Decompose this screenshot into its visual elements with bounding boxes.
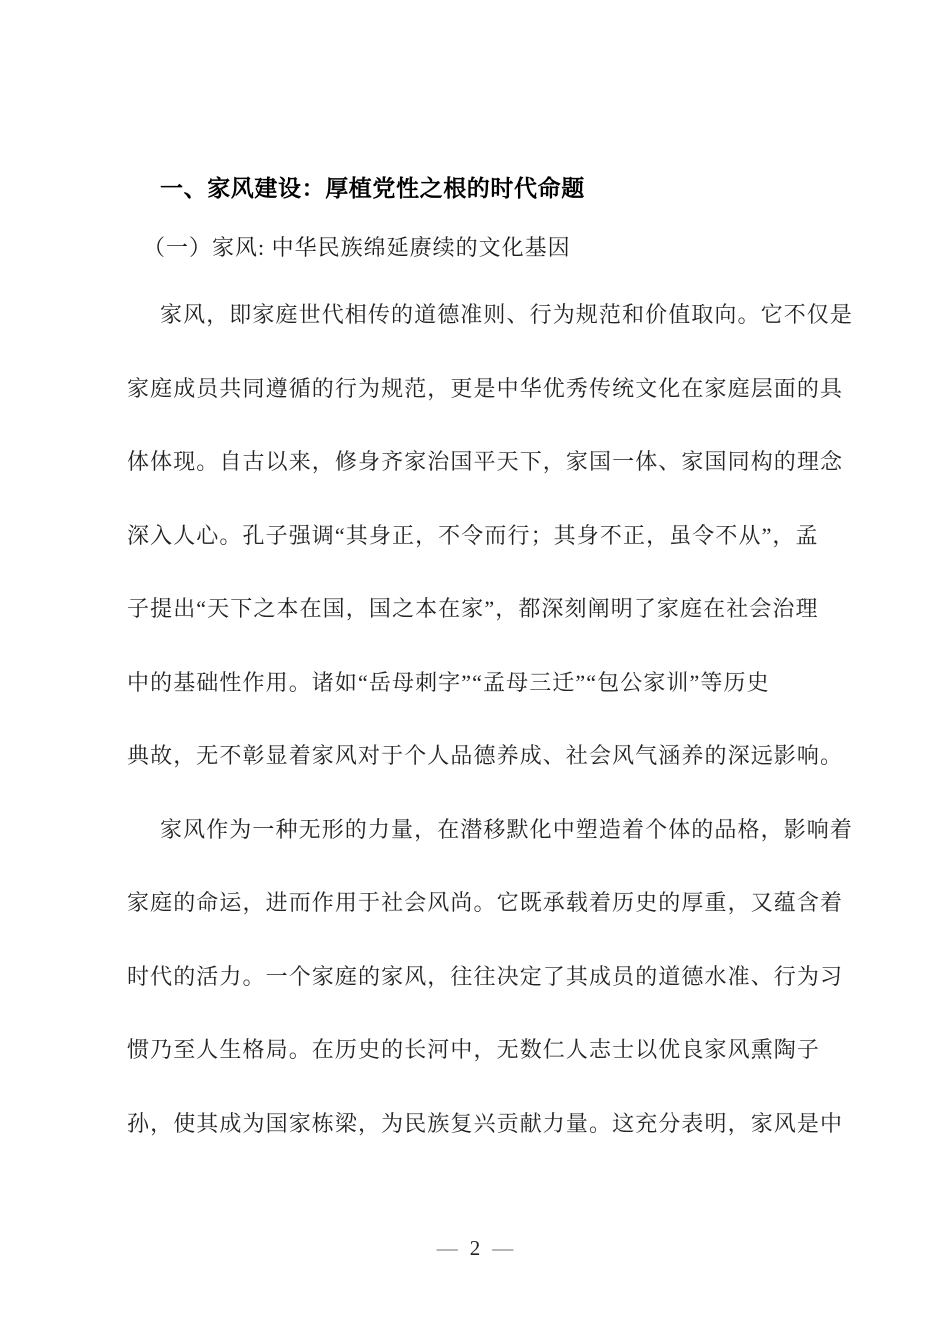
paragraph-2-line-2: 家庭的命运，进而作用于社会风尚。它既承载着历史的厚重，又蕴含着 [127,866,847,940]
subsection-heading: （一）家风: 中华民族绵延赓续的文化基因 [127,232,917,264]
paragraph-2-line-5: 孙，使其成为国家栋梁，为民族复兴贡献力量。这充分表明，家风是中 [127,1087,847,1161]
document-body: 家风，即家庭世代相传的道德准则、行为规范和价值取向。它不仅是 家庭成员共同遵循的… [127,278,847,1160]
paragraph-1-line-3: 体体现。自古以来，修身齐家治国平天下，家国一体、家国同构的理念 [127,425,847,499]
paragraph-1-line-5: 子提出“天下之本在国，国之本在家”，都深刻阐明了家庭在社会治理 [127,572,847,646]
page-number-dash-right: — [492,1236,513,1260]
paragraph-1-line-4: 深入人心。孔子强调“其身正，不令而行；其身不正，虽令不从”，孟 [127,499,847,573]
document-page: 一、家风建设：厚植党性之根的时代命题 （一）家风: 中华民族绵延赓续的文化基因 … [0,0,950,1344]
paragraph-1-line-6: 中的基础性作用。诸如“岳母刺字”“孟母三迁”“包公家训”等历史 [127,646,847,720]
page-footer: —2— [0,1234,950,1262]
paragraph-2-line-3: 时代的活力。一个家庭的家风，往往决定了其成员的道德水准、行为习 [127,940,847,1014]
page-number-dash-left: — [437,1236,458,1260]
paragraph-1-line-7: 典故，无不彰显着家风对于个人品德养成、社会风气涵养的深远影响。 [127,719,847,793]
paragraph-2-line-4: 惯乃至人生格局。在历史的长河中，无数仁人志士以优良家风熏陶子 [127,1013,847,1087]
paragraph-2-line-1: 家风作为一种无形的力量，在潜移默化中塑造着个体的品格，影响着 [127,793,847,867]
section-heading: 一、家风建设：厚植党性之根的时代命题 [127,172,917,204]
page-number-value: 2 [470,1236,481,1260]
paragraph-1-line-2: 家庭成员共同遵循的行为规范，更是中华优秀传统文化在家庭层面的具 [127,352,847,426]
paragraph-1-line-1: 家风，即家庭世代相传的道德准则、行为规范和价值取向。它不仅是 [127,278,847,352]
